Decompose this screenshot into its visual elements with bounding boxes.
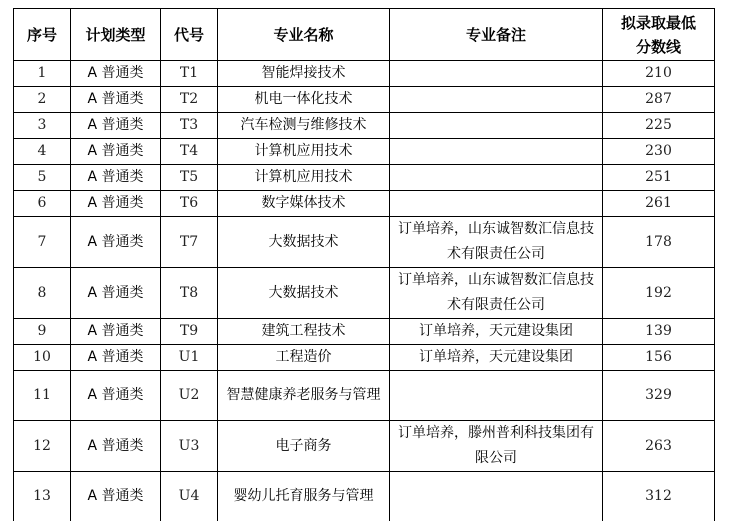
cell-plan-type: A 普通类 xyxy=(71,371,161,421)
cell-major-note xyxy=(390,87,603,113)
header-min-score-line1: 拟录取最低 xyxy=(621,14,696,32)
cell-min-score: 230 xyxy=(603,139,715,165)
cell-no: 13 xyxy=(14,472,71,521)
cell-plan-type: A 普通类 xyxy=(71,345,161,371)
admission-score-table: 序号 计划类型 代号 专业名称 专业备注 拟录取最低 分数线 1A 普通类T1智… xyxy=(13,8,715,521)
table-row: 7A 普通类T7大数据技术订单培养，山东诚智数汇信息技术有限责任公司178 xyxy=(14,217,715,268)
cell-major-note xyxy=(390,113,603,139)
cell-min-score: 263 xyxy=(603,421,715,472)
cell-code: T3 xyxy=(161,113,218,139)
table-row: 5A 普通类T5计算机应用技术251 xyxy=(14,165,715,191)
cell-major-note xyxy=(390,191,603,217)
cell-major-name: 建筑工程技术 xyxy=(218,319,390,345)
cell-no: 10 xyxy=(14,345,71,371)
header-major-note: 专业备注 xyxy=(390,9,603,61)
table-row: 10A 普通类U1工程造价订单培养，天元建设集团156 xyxy=(14,345,715,371)
cell-major-note: 订单培养，滕州普利科技集团有限公司 xyxy=(390,421,603,472)
table-header-row: 序号 计划类型 代号 专业名称 专业备注 拟录取最低 分数线 xyxy=(14,9,715,61)
cell-plan-type: A 普通类 xyxy=(71,61,161,87)
cell-no: 5 xyxy=(14,165,71,191)
cell-code: U4 xyxy=(161,472,218,521)
cell-major-note xyxy=(390,371,603,421)
cell-min-score: 261 xyxy=(603,191,715,217)
header-min-score-line2: 分数线 xyxy=(636,38,681,56)
cell-major-name: 机电一体化技术 xyxy=(218,87,390,113)
cell-major-note: 订单培养，山东诚智数汇信息技术有限责任公司 xyxy=(390,217,603,268)
cell-plan-type: A 普通类 xyxy=(71,165,161,191)
cell-major-note xyxy=(390,472,603,521)
table-row: 2A 普通类T2机电一体化技术287 xyxy=(14,87,715,113)
cell-plan-type: A 普通类 xyxy=(71,217,161,268)
cell-major-note xyxy=(390,165,603,191)
table-row: 4A 普通类T4计算机应用技术230 xyxy=(14,139,715,165)
cell-plan-type: A 普通类 xyxy=(71,139,161,165)
cell-min-score: 312 xyxy=(603,472,715,521)
header-plan-type: 计划类型 xyxy=(71,9,161,61)
cell-min-score: 156 xyxy=(603,345,715,371)
cell-major-note xyxy=(390,139,603,165)
cell-code: T8 xyxy=(161,268,218,319)
cell-code: U2 xyxy=(161,371,218,421)
table-row: 8A 普通类T8大数据技术订单培养，山东诚智数汇信息技术有限责任公司192 xyxy=(14,268,715,319)
cell-no: 2 xyxy=(14,87,71,113)
cell-code: T1 xyxy=(161,61,218,87)
cell-min-score: 251 xyxy=(603,165,715,191)
table-row: 3A 普通类T3汽车检测与维修技术225 xyxy=(14,113,715,139)
cell-major-name: 计算机应用技术 xyxy=(218,165,390,191)
cell-code: T2 xyxy=(161,87,218,113)
cell-major-note xyxy=(390,61,603,87)
table-row: 13A 普通类U4婴幼儿托育服务与管理312 xyxy=(14,472,715,521)
cell-major-note: 订单培养，山东诚智数汇信息技术有限责任公司 xyxy=(390,268,603,319)
table-body: 1A 普通类T1智能焊接技术2102A 普通类T2机电一体化技术2873A 普通… xyxy=(14,61,715,521)
header-no: 序号 xyxy=(14,9,71,61)
cell-plan-type: A 普通类 xyxy=(71,472,161,521)
cell-plan-type: A 普通类 xyxy=(71,319,161,345)
table-row: 9A 普通类T9建筑工程技术订单培养，天元建设集团139 xyxy=(14,319,715,345)
cell-major-name: 智慧健康养老服务与管理 xyxy=(218,371,390,421)
cell-no: 1 xyxy=(14,61,71,87)
cell-no: 11 xyxy=(14,371,71,421)
cell-code: T5 xyxy=(161,165,218,191)
cell-major-name: 汽车检测与维修技术 xyxy=(218,113,390,139)
cell-min-score: 329 xyxy=(603,371,715,421)
cell-min-score: 192 xyxy=(603,268,715,319)
table-row: 12A 普通类U3电子商务订单培养，滕州普利科技集团有限公司263 xyxy=(14,421,715,472)
cell-major-name: 电子商务 xyxy=(218,421,390,472)
cell-major-name: 计算机应用技术 xyxy=(218,139,390,165)
cell-major-note: 订单培养，天元建设集团 xyxy=(390,345,603,371)
cell-no: 9 xyxy=(14,319,71,345)
cell-no: 12 xyxy=(14,421,71,472)
cell-major-name: 大数据技术 xyxy=(218,217,390,268)
cell-major-name: 数字媒体技术 xyxy=(218,191,390,217)
cell-plan-type: A 普通类 xyxy=(71,268,161,319)
cell-min-score: 287 xyxy=(603,87,715,113)
cell-no: 6 xyxy=(14,191,71,217)
header-major-name: 专业名称 xyxy=(218,9,390,61)
cell-code: U3 xyxy=(161,421,218,472)
cell-plan-type: A 普通类 xyxy=(71,421,161,472)
cell-major-note: 订单培养，天元建设集团 xyxy=(390,319,603,345)
cell-code: T9 xyxy=(161,319,218,345)
cell-plan-type: A 普通类 xyxy=(71,191,161,217)
cell-plan-type: A 普通类 xyxy=(71,113,161,139)
cell-no: 4 xyxy=(14,139,71,165)
table-row: 11A 普通类U2智慧健康养老服务与管理329 xyxy=(14,371,715,421)
cell-min-score: 139 xyxy=(603,319,715,345)
cell-major-name: 智能焊接技术 xyxy=(218,61,390,87)
cell-min-score: 178 xyxy=(603,217,715,268)
cell-major-name: 大数据技术 xyxy=(218,268,390,319)
cell-code: U1 xyxy=(161,345,218,371)
cell-code: T7 xyxy=(161,217,218,268)
header-min-score: 拟录取最低 分数线 xyxy=(603,9,715,61)
cell-min-score: 210 xyxy=(603,61,715,87)
cell-code: T4 xyxy=(161,139,218,165)
cell-code: T6 xyxy=(161,191,218,217)
cell-no: 3 xyxy=(14,113,71,139)
table-row: 1A 普通类T1智能焊接技术210 xyxy=(14,61,715,87)
cell-min-score: 225 xyxy=(603,113,715,139)
cell-major-name: 工程造价 xyxy=(218,345,390,371)
cell-major-name: 婴幼儿托育服务与管理 xyxy=(218,472,390,521)
table-row: 6A 普通类T6数字媒体技术261 xyxy=(14,191,715,217)
cell-no: 8 xyxy=(14,268,71,319)
header-code: 代号 xyxy=(161,9,218,61)
cell-no: 7 xyxy=(14,217,71,268)
cell-plan-type: A 普通类 xyxy=(71,87,161,113)
